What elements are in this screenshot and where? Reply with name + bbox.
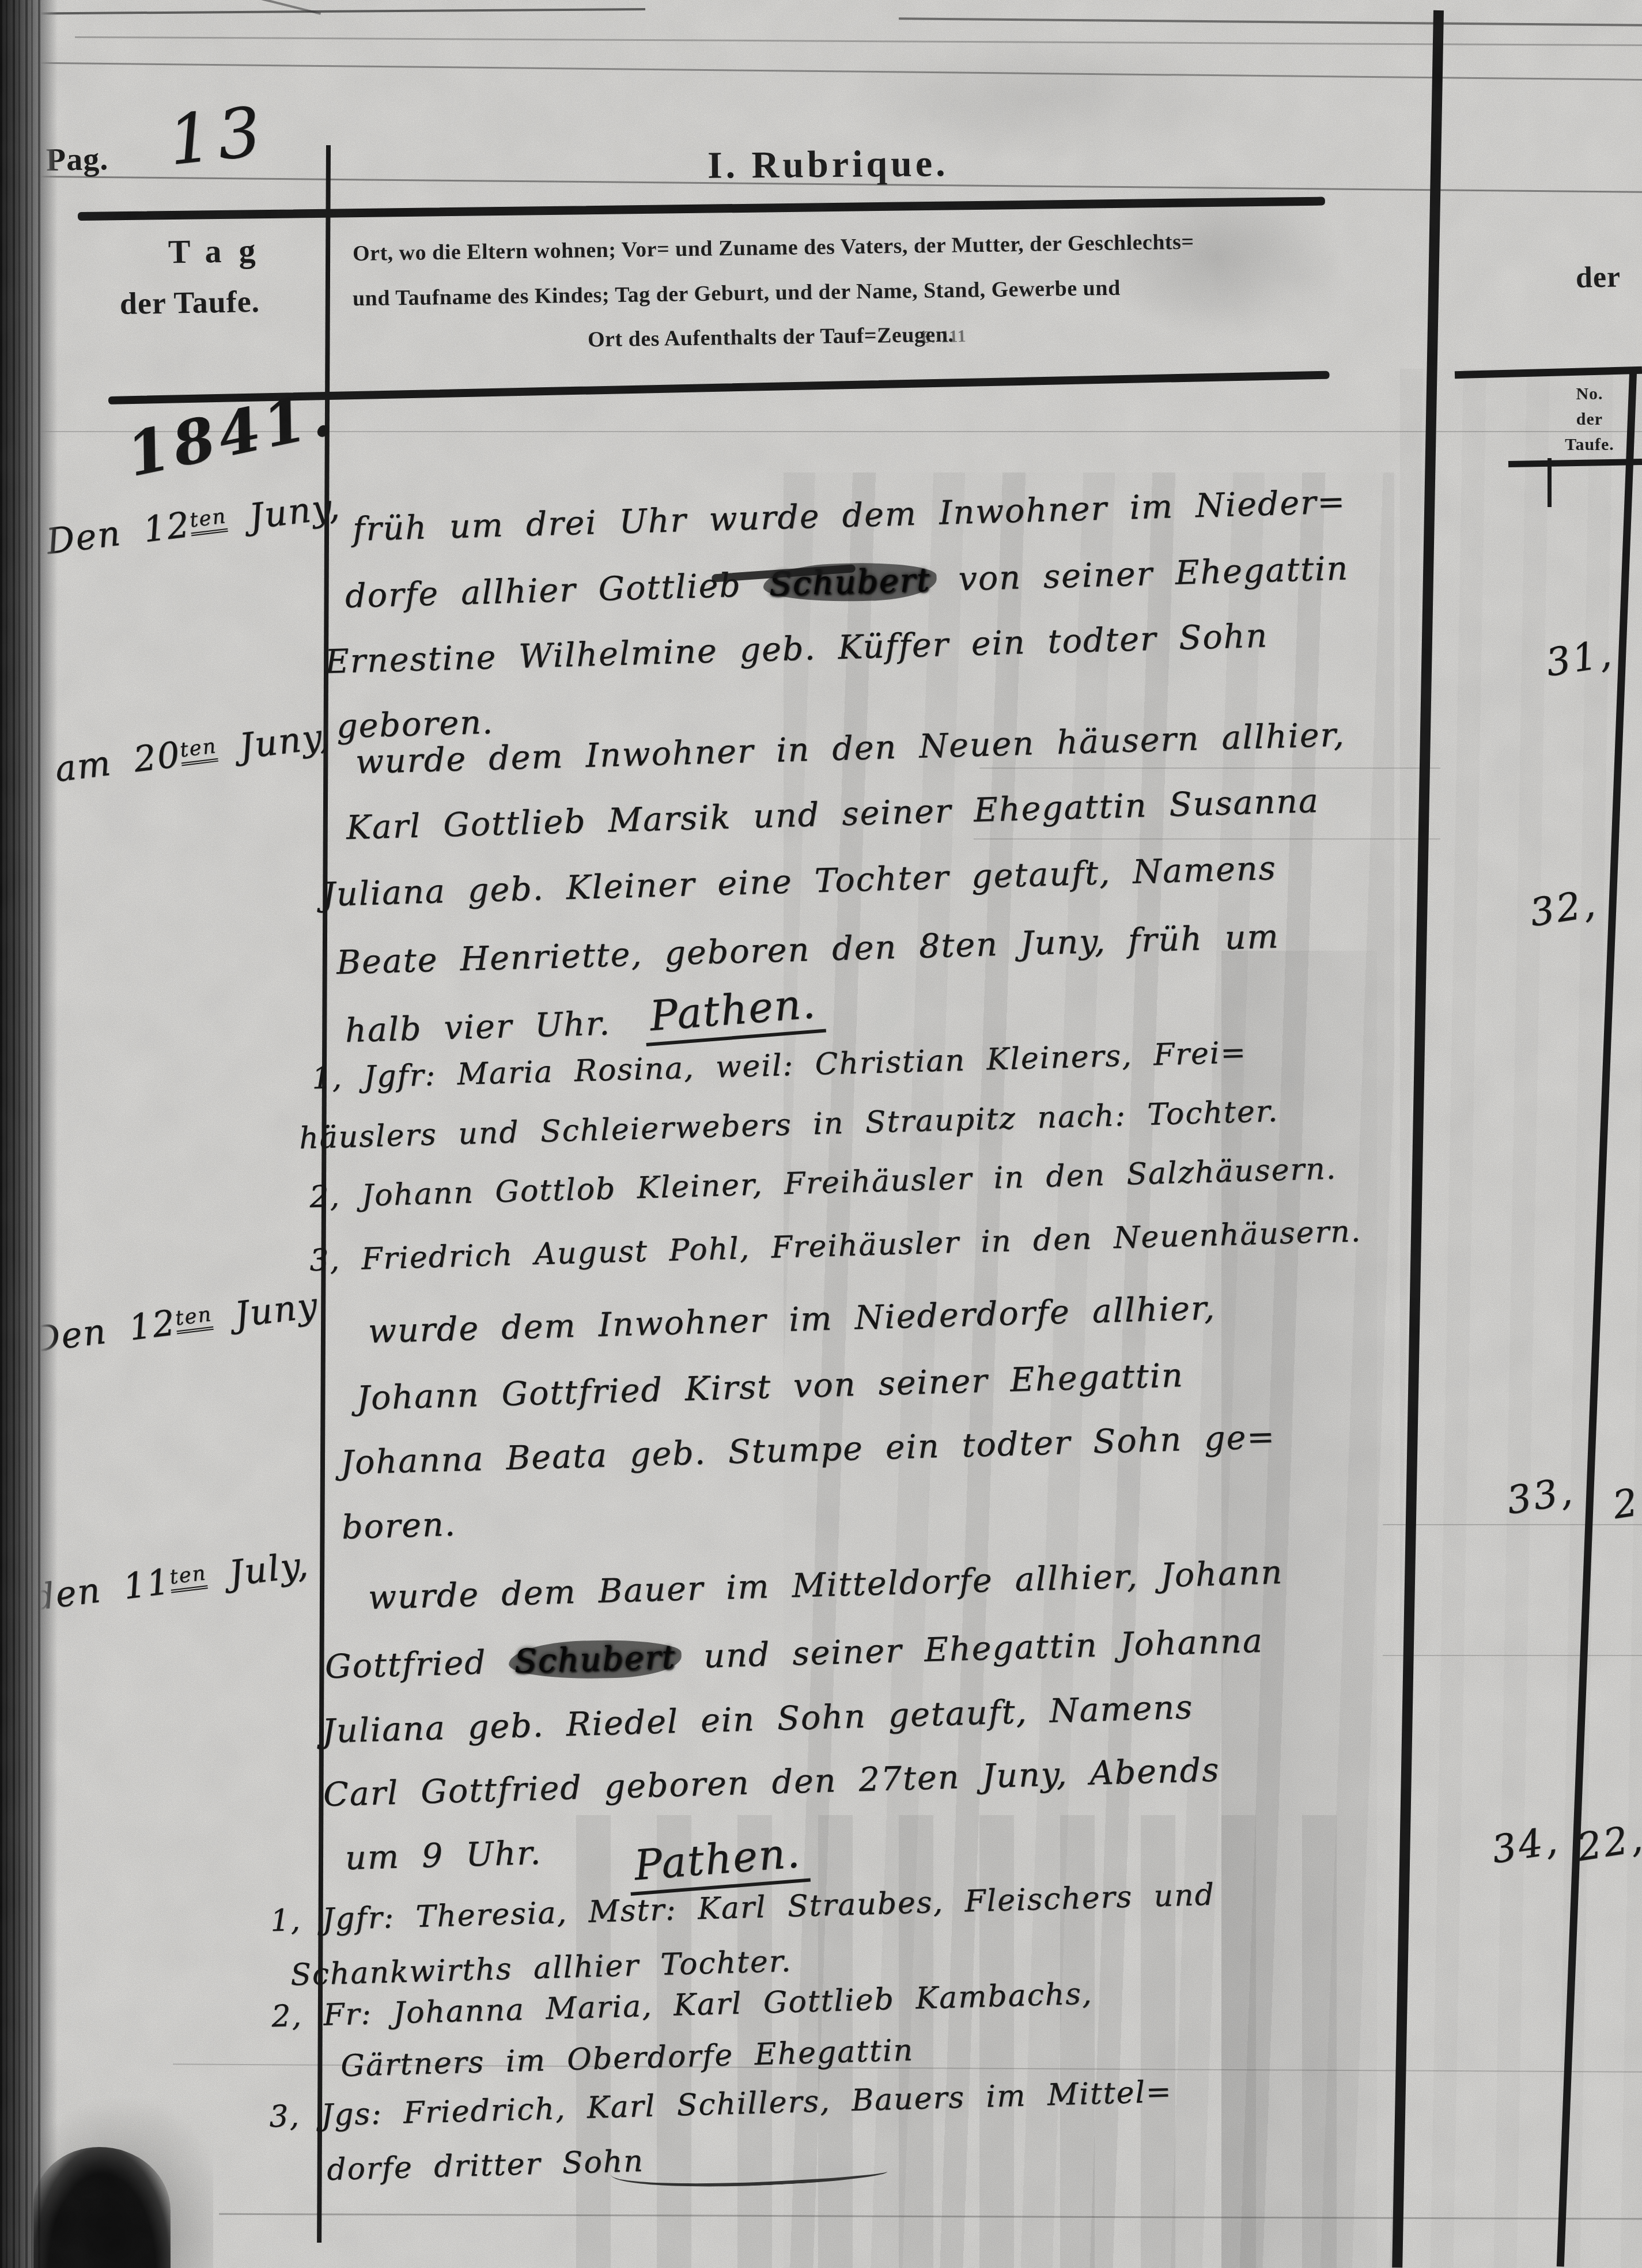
crossed-out-name: Schubert <box>508 1638 683 1681</box>
entry-4-date: den 11ten July, <box>29 1544 311 1619</box>
date-column-header-line1: Tag <box>168 230 273 271</box>
entry-3-date: Den 12ten Juny <box>29 1285 320 1360</box>
entry-1-line-4: geboren. <box>336 703 494 746</box>
scan-scratch-line <box>0 62 1642 81</box>
main-column-header-line1: Ort, wo die Eltern wohnen; Vor= und Zuna… <box>353 229 1194 266</box>
scan-scratch-line <box>899 17 1642 26</box>
faint-guide-line <box>979 768 1440 769</box>
faint-guide-line <box>1383 1655 1642 1656</box>
main-column-header-line2: und Taufname des Kindes; Tag der Geburt,… <box>353 275 1121 312</box>
baptism-register-scan-page: Pag. 13 I. Rubrique. Tag der Taufe. Ort,… <box>0 0 1642 2268</box>
entry-1-date: Den 12ten Juny, <box>44 486 342 562</box>
date-superscript: ten <box>168 1562 208 1593</box>
scan-scratch-line <box>75 36 1642 46</box>
date-column-header-line2: der Taufe. <box>119 283 260 322</box>
entry-3-line-4: boren. <box>341 1505 456 1547</box>
faint-guide-line <box>974 838 1440 840</box>
date-superscript: ten <box>179 734 218 766</box>
entry-2-date: am 20ten Juny, <box>52 716 332 790</box>
entry-2-line-5: halb vier Uhr. <box>345 1004 611 1050</box>
scan-scratch-line <box>0 8 645 15</box>
rubrique-title: I. Rubrique. <box>708 142 949 188</box>
header-stamp-mark: 6. 111 <box>921 327 967 348</box>
taufe-no-box: No. der Taufe. <box>1549 381 1630 458</box>
book-spine-streaks <box>0 0 40 2268</box>
main-column-header-line3: Ort des Aufenthalts der Tauf=Zeugen. <box>588 322 954 353</box>
taufe-no-box-line3: Taufe. <box>1549 432 1630 458</box>
faint-guide-line <box>1383 1524 1642 1525</box>
entry-4-line-5: um 9 Uhr. <box>345 1834 542 1877</box>
taufe-no-box-line2: der <box>1549 407 1630 432</box>
taufe-no-box-line1: No. <box>1549 381 1630 407</box>
date-superscript: ten <box>188 504 228 536</box>
page-number: 13 <box>165 91 271 180</box>
date-superscript: ten <box>174 1302 214 1334</box>
taufe-no-box-left-stub <box>1548 458 1552 507</box>
facing-page-header-fragment: der <box>1575 260 1621 294</box>
